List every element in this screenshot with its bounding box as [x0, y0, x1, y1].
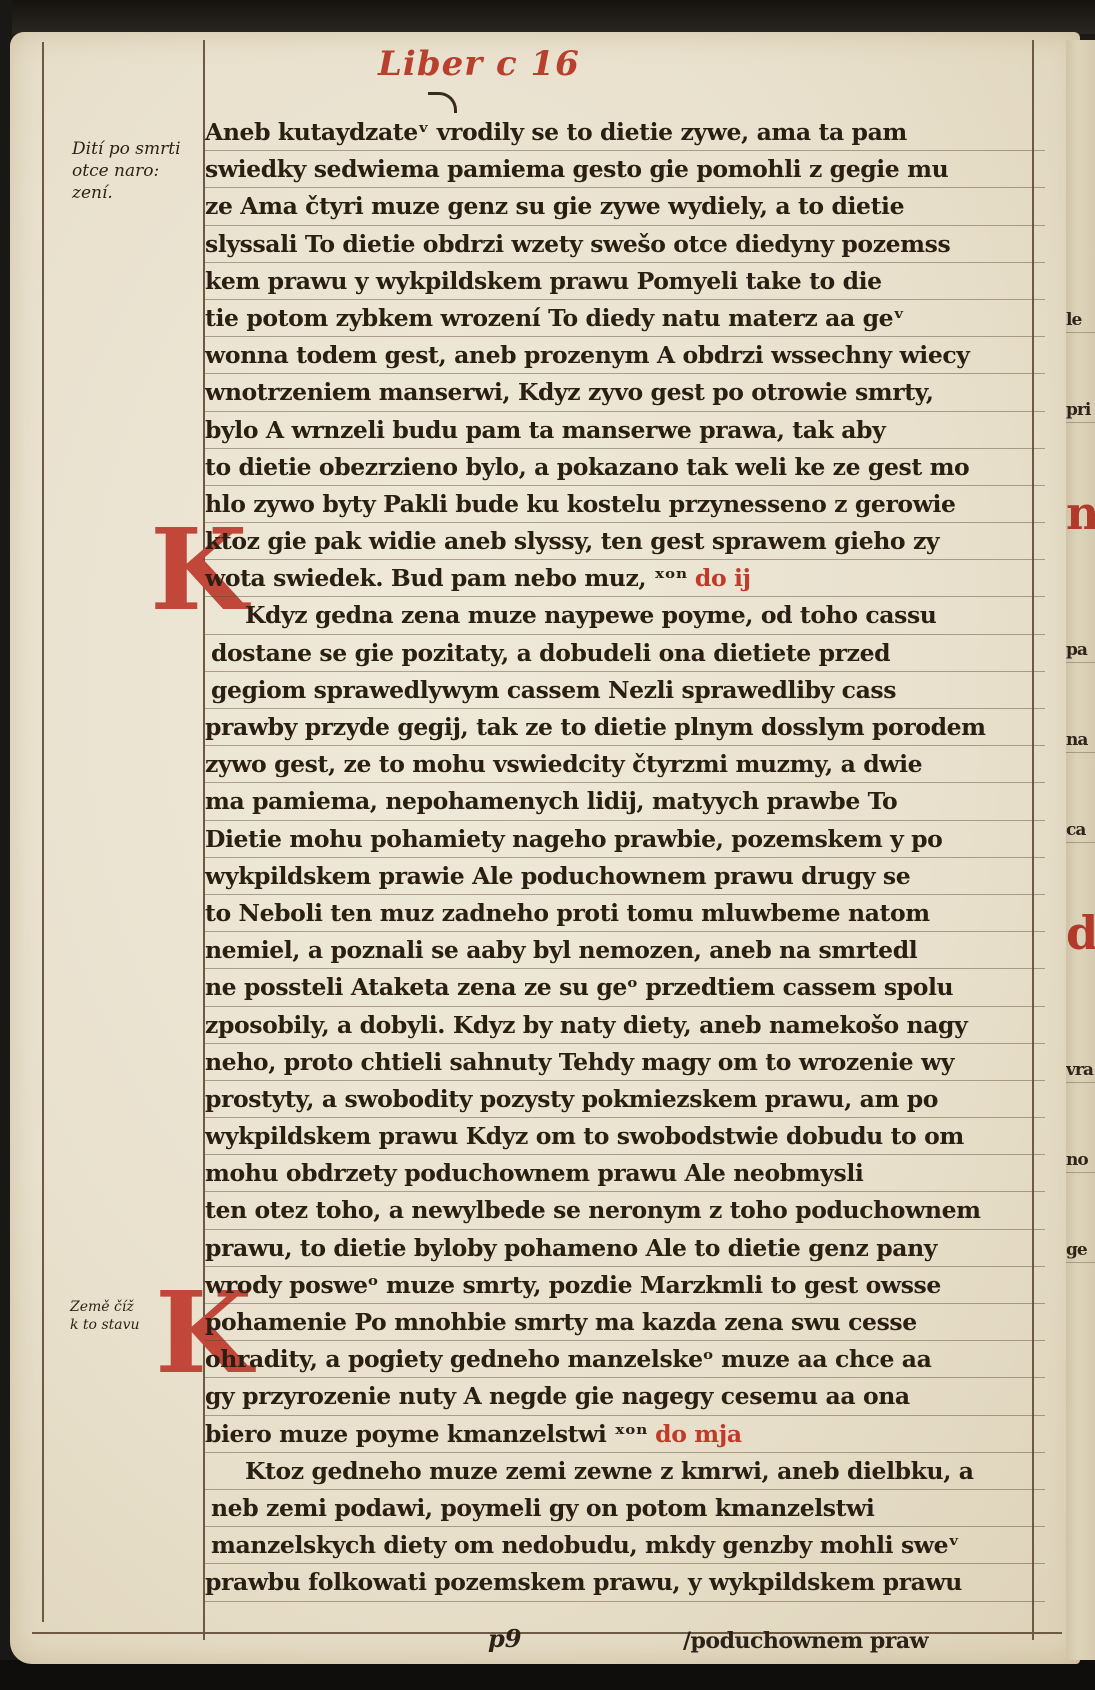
adjacent-page-fragment: na [1066, 730, 1095, 753]
adjacent-page-fragment: vra [1066, 1060, 1095, 1083]
marginal-note-line: otce naro: [72, 160, 192, 182]
text-line: ze Ama čtyri muze genz su gie zywe wydie… [205, 188, 1045, 225]
text-line: prostyty, a swobodity pozysty pokmiezske… [205, 1081, 1045, 1118]
adjacent-page-fragment: do [1066, 910, 1095, 970]
catchword: /poduchownem praw [683, 1628, 928, 1654]
text-line: manzelskych diety om nedobudu, mkdy genz… [205, 1527, 1045, 1564]
adjacent-page-fragment: no [1066, 1150, 1095, 1173]
text-line: wykpildskem prawu Kdyz om to swobodstwie… [205, 1118, 1045, 1155]
adjacent-page-fragment: ca [1066, 820, 1095, 843]
marginal-note-top: Dití po smrti otce naro: zení. [72, 138, 192, 204]
adjacent-page-fragment: pri [1066, 400, 1095, 423]
main-text-block: Aneb kutaydzateᵛ vrodily se to dietie zy… [205, 114, 1045, 1602]
text-line: Kdyz gedna zena muze naypewe poyme, od t… [205, 597, 1045, 634]
text-line: bylo A wrnzeli budu pam ta manserwe praw… [205, 412, 1045, 449]
text-line: ohradity, a pogiety gedneho manzelskeᵒ m… [205, 1341, 1045, 1378]
text-line: hlo zywo byty Pakli bude ku kostelu przy… [205, 486, 1045, 523]
marginal-note-line: Dití po smrti [72, 138, 192, 160]
text-line: ne possteli Ataketa zena ze su geᵒ przed… [205, 969, 1045, 1006]
adjacent-page-fragment: pa [1066, 640, 1095, 663]
folio-number: p9 [488, 1624, 521, 1653]
text-line: gegiom sprawedlywym cassem Nezli sprawed… [205, 672, 1045, 709]
text-line: wota swiedek. Bud pam nebo muz, ˣᵒⁿ do i… [205, 560, 1045, 597]
text-line: ma pamiema, nepohamenych lidij, matyych … [205, 783, 1045, 820]
rubric-tail: do ij [695, 564, 751, 592]
text-line: Ktoz gedneho muze zemi zewne z kmrwi, an… [205, 1453, 1045, 1490]
background-bottom [0, 1660, 1095, 1690]
adjacent-page-fragment: ge [1066, 1240, 1095, 1263]
text-line: swiedky sedwiema pamiema gesto gie pomoh… [205, 151, 1045, 188]
text-line: wykpildskem prawie Ale poduchownem prawu… [205, 858, 1045, 895]
text-line: wonna todem gest, aneb prozenym A obdrzi… [205, 337, 1045, 374]
text-line: gy przyrozenie nuty A negde gie nagegy c… [205, 1378, 1045, 1415]
text-line: biero muze poyme kmanzelstwi ˣᵒⁿ do mja [205, 1416, 1045, 1453]
background-top [0, 0, 1095, 34]
text-line: neho, proto chtieli sahnuty Tehdy magy o… [205, 1044, 1045, 1081]
text-line: wnotrzeniem manserwi, Kdyz zyvo gest po … [205, 374, 1045, 411]
text-line: to dietie obezrzieno bylo, a pokazano ta… [205, 449, 1045, 486]
text-line: prawu, to dietie byloby pohameno Ale to … [205, 1230, 1045, 1267]
text-line: Dietie mohu pohamiety nageho prawbie, po… [205, 821, 1045, 858]
text-line: neb zemi podawi, poymeli gy on potom kma… [205, 1490, 1045, 1527]
text-line: prawby przyde gegij, tak ze to dietie pl… [205, 709, 1045, 746]
text-line: dostane se gie pozitaty, a dobudeli ona … [205, 635, 1045, 672]
text-line: kem prawu y wykpildskem prawu Pomyeli ta… [205, 263, 1045, 300]
adjacent-page-edge: leprinepanacadovranoge [1066, 40, 1095, 1660]
text-line: ktoz gie pak widie aneb slyssy, ten gest… [205, 523, 1045, 560]
text-line: pohamenie Po mnohbie smrty ma kazda zena… [205, 1304, 1045, 1341]
text-line: to Neboli ten muz zadneho proti tomu mlu… [205, 895, 1045, 932]
rubric-tail: do mja [655, 1420, 741, 1448]
text-line: zposobily, a dobyli. Kdyz by naty diety,… [205, 1007, 1045, 1044]
text-line: Aneb kutaydzateᵛ vrodily se to dietie zy… [205, 114, 1045, 151]
text-line: prawbu folkowati pozemskem prawu, y wykp… [205, 1564, 1045, 1601]
text-line: wrody posweᵒ muze smrty, pozdie Marzkmli… [205, 1267, 1045, 1304]
text-line: nemiel, a poznali se aaby byl nemozen, a… [205, 932, 1045, 969]
left-margin-rule [42, 42, 44, 1622]
adjacent-page-fragment: ne [1066, 490, 1095, 550]
text-line: mohu obdrzety poduchownem prawu Ale neob… [205, 1155, 1045, 1192]
adjacent-page-fragment: le [1066, 310, 1095, 333]
catchword-text: /poduchownem praw [683, 1628, 928, 1654]
running-header: Liber c 16 [378, 44, 580, 84]
text-line: ten otez toho, a newylbede se neronym z … [205, 1192, 1045, 1229]
text-line: slyssali To dietie obdrzi wzety swešo ot… [205, 226, 1045, 263]
text-line: tie potom zybkem wrození To diedy natu m… [205, 300, 1045, 337]
marginal-note-line: zení. [72, 182, 192, 204]
text-line: zywo gest, ze to mohu vswiedcity čtyrzmi… [205, 746, 1045, 783]
